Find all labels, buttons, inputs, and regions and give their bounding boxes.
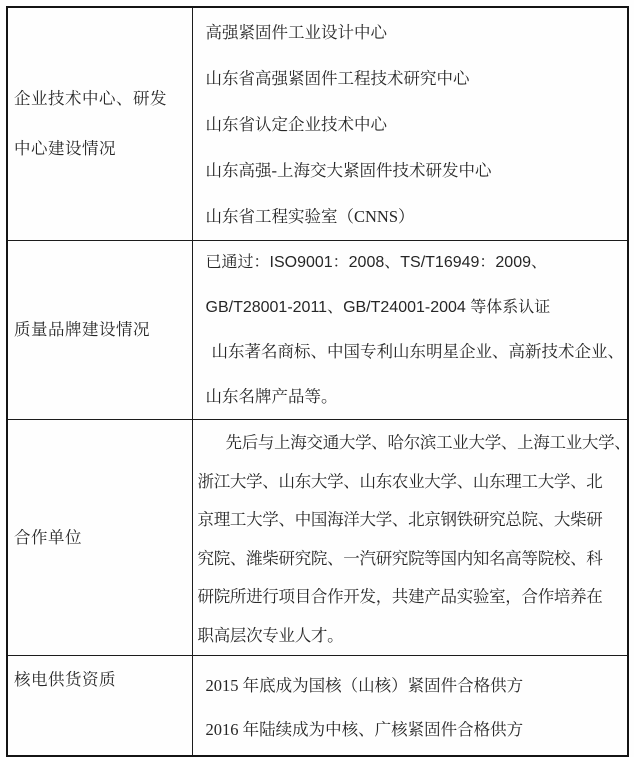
table-row-cooperation-units: 合作单位 先后与上海交通大学、哈尔滨工业大学、上海工业大学、 浙江大学、山东大学… (7, 420, 628, 656)
company-info-table: 企业技术中心、研发 中心建设情况 高强紧固件工业设计中心 山东省高强紧固件工程技… (6, 6, 629, 757)
content-cell-nuclear-qualification: 2015 年底成为国核（山核）紧固件合格供方 2016 年陆续成为中核、广核紧固… (192, 656, 628, 756)
label-cell-cooperation-units: 合作单位 (7, 420, 192, 656)
row-label: 质量品牌建设情况 (14, 305, 188, 355)
label-cell-quality-brand: 质量品牌建设情况 (7, 241, 192, 420)
table-row-quality-brand: 质量品牌建设情况 已通过：ISO9001：2008、TS/T16949：2009… (7, 241, 628, 420)
cell-text-line: 京理工大学、中国海洋大学、北京钢铁研究总院、大柴研 (193, 501, 628, 540)
label-cell-tech-centers: 企业技术中心、研发 中心建设情况 (7, 7, 192, 241)
label-cell-nuclear-qualification: 核电供货资质 (7, 656, 192, 756)
cell-text-line: 山东省认定企业技术中心 (193, 102, 628, 148)
cell-text-line: 浙江大学、山东大学、山东农业大学、山东理工大学、北 (193, 463, 628, 502)
cell-text-line: 先后与上海交通大学、哈尔滨工业大学、上海工业大学、 (193, 424, 628, 463)
table-row-tech-centers: 企业技术中心、研发 中心建设情况 高强紧固件工业设计中心 山东省高强紧固件工程技… (7, 7, 628, 241)
document-page: 企业技术中心、研发 中心建设情况 高强紧固件工业设计中心 山东省高强紧固件工程技… (0, 0, 634, 757)
cell-text-line: 2016 年陆续成为中核、广核紧固件合格供方 (193, 708, 628, 752)
row-label: 核电供货资质 (14, 656, 188, 691)
cell-text-line: 山东名牌产品等。 (193, 375, 628, 420)
cell-text-line: 山东著名商标、中国专利山东明星企业、高新技术企业、 (193, 330, 628, 375)
cell-text-line: 究院、潍柴研究院、一汽研究院等国内知名高等院校、科 (193, 540, 628, 579)
cell-text-line: 高强紧固件工业设计中心 (193, 10, 628, 56)
row-label: 企业技术中心、研发 (14, 74, 188, 124)
content-cell-tech-centers: 高强紧固件工业设计中心 山东省高强紧固件工程技术研究中心 山东省认定企业技术中心… (192, 7, 628, 241)
cell-text-line: 2015 年底成为国核（山核）紧固件合格供方 (193, 664, 628, 708)
cell-text-line: 研院所进行项目合作开发，共建产品实验室，合作培养在 (193, 578, 628, 617)
content-cell-cooperation-units: 先后与上海交通大学、哈尔滨工业大学、上海工业大学、 浙江大学、山东大学、山东农业… (192, 420, 628, 656)
row-label: 合作单位 (14, 513, 188, 563)
cell-text-line: 职高层次专业人才。 (193, 617, 628, 656)
cell-text-line: 山东高强-上海交大紧固件技术研发中心 (193, 148, 628, 194)
cell-text-line: 山东省高强紧固件工程技术研究中心 (193, 56, 628, 102)
table-row-nuclear-qualification: 核电供货资质 2015 年底成为国核（山核）紧固件合格供方 2016 年陆续成为… (7, 656, 628, 756)
cell-text-line: 已通过：ISO9001：2008、TS/T16949：2009、 (193, 241, 628, 286)
cell-text-line: GB/T28001-2011、GB/T24001-2004 等体系认证 (193, 286, 628, 331)
row-label: 中心建设情况 (14, 124, 188, 174)
cell-text-line: 山东省工程实验室（CNNS） (193, 194, 628, 240)
content-cell-quality-brand: 已通过：ISO9001：2008、TS/T16949：2009、 GB/T280… (192, 241, 628, 420)
